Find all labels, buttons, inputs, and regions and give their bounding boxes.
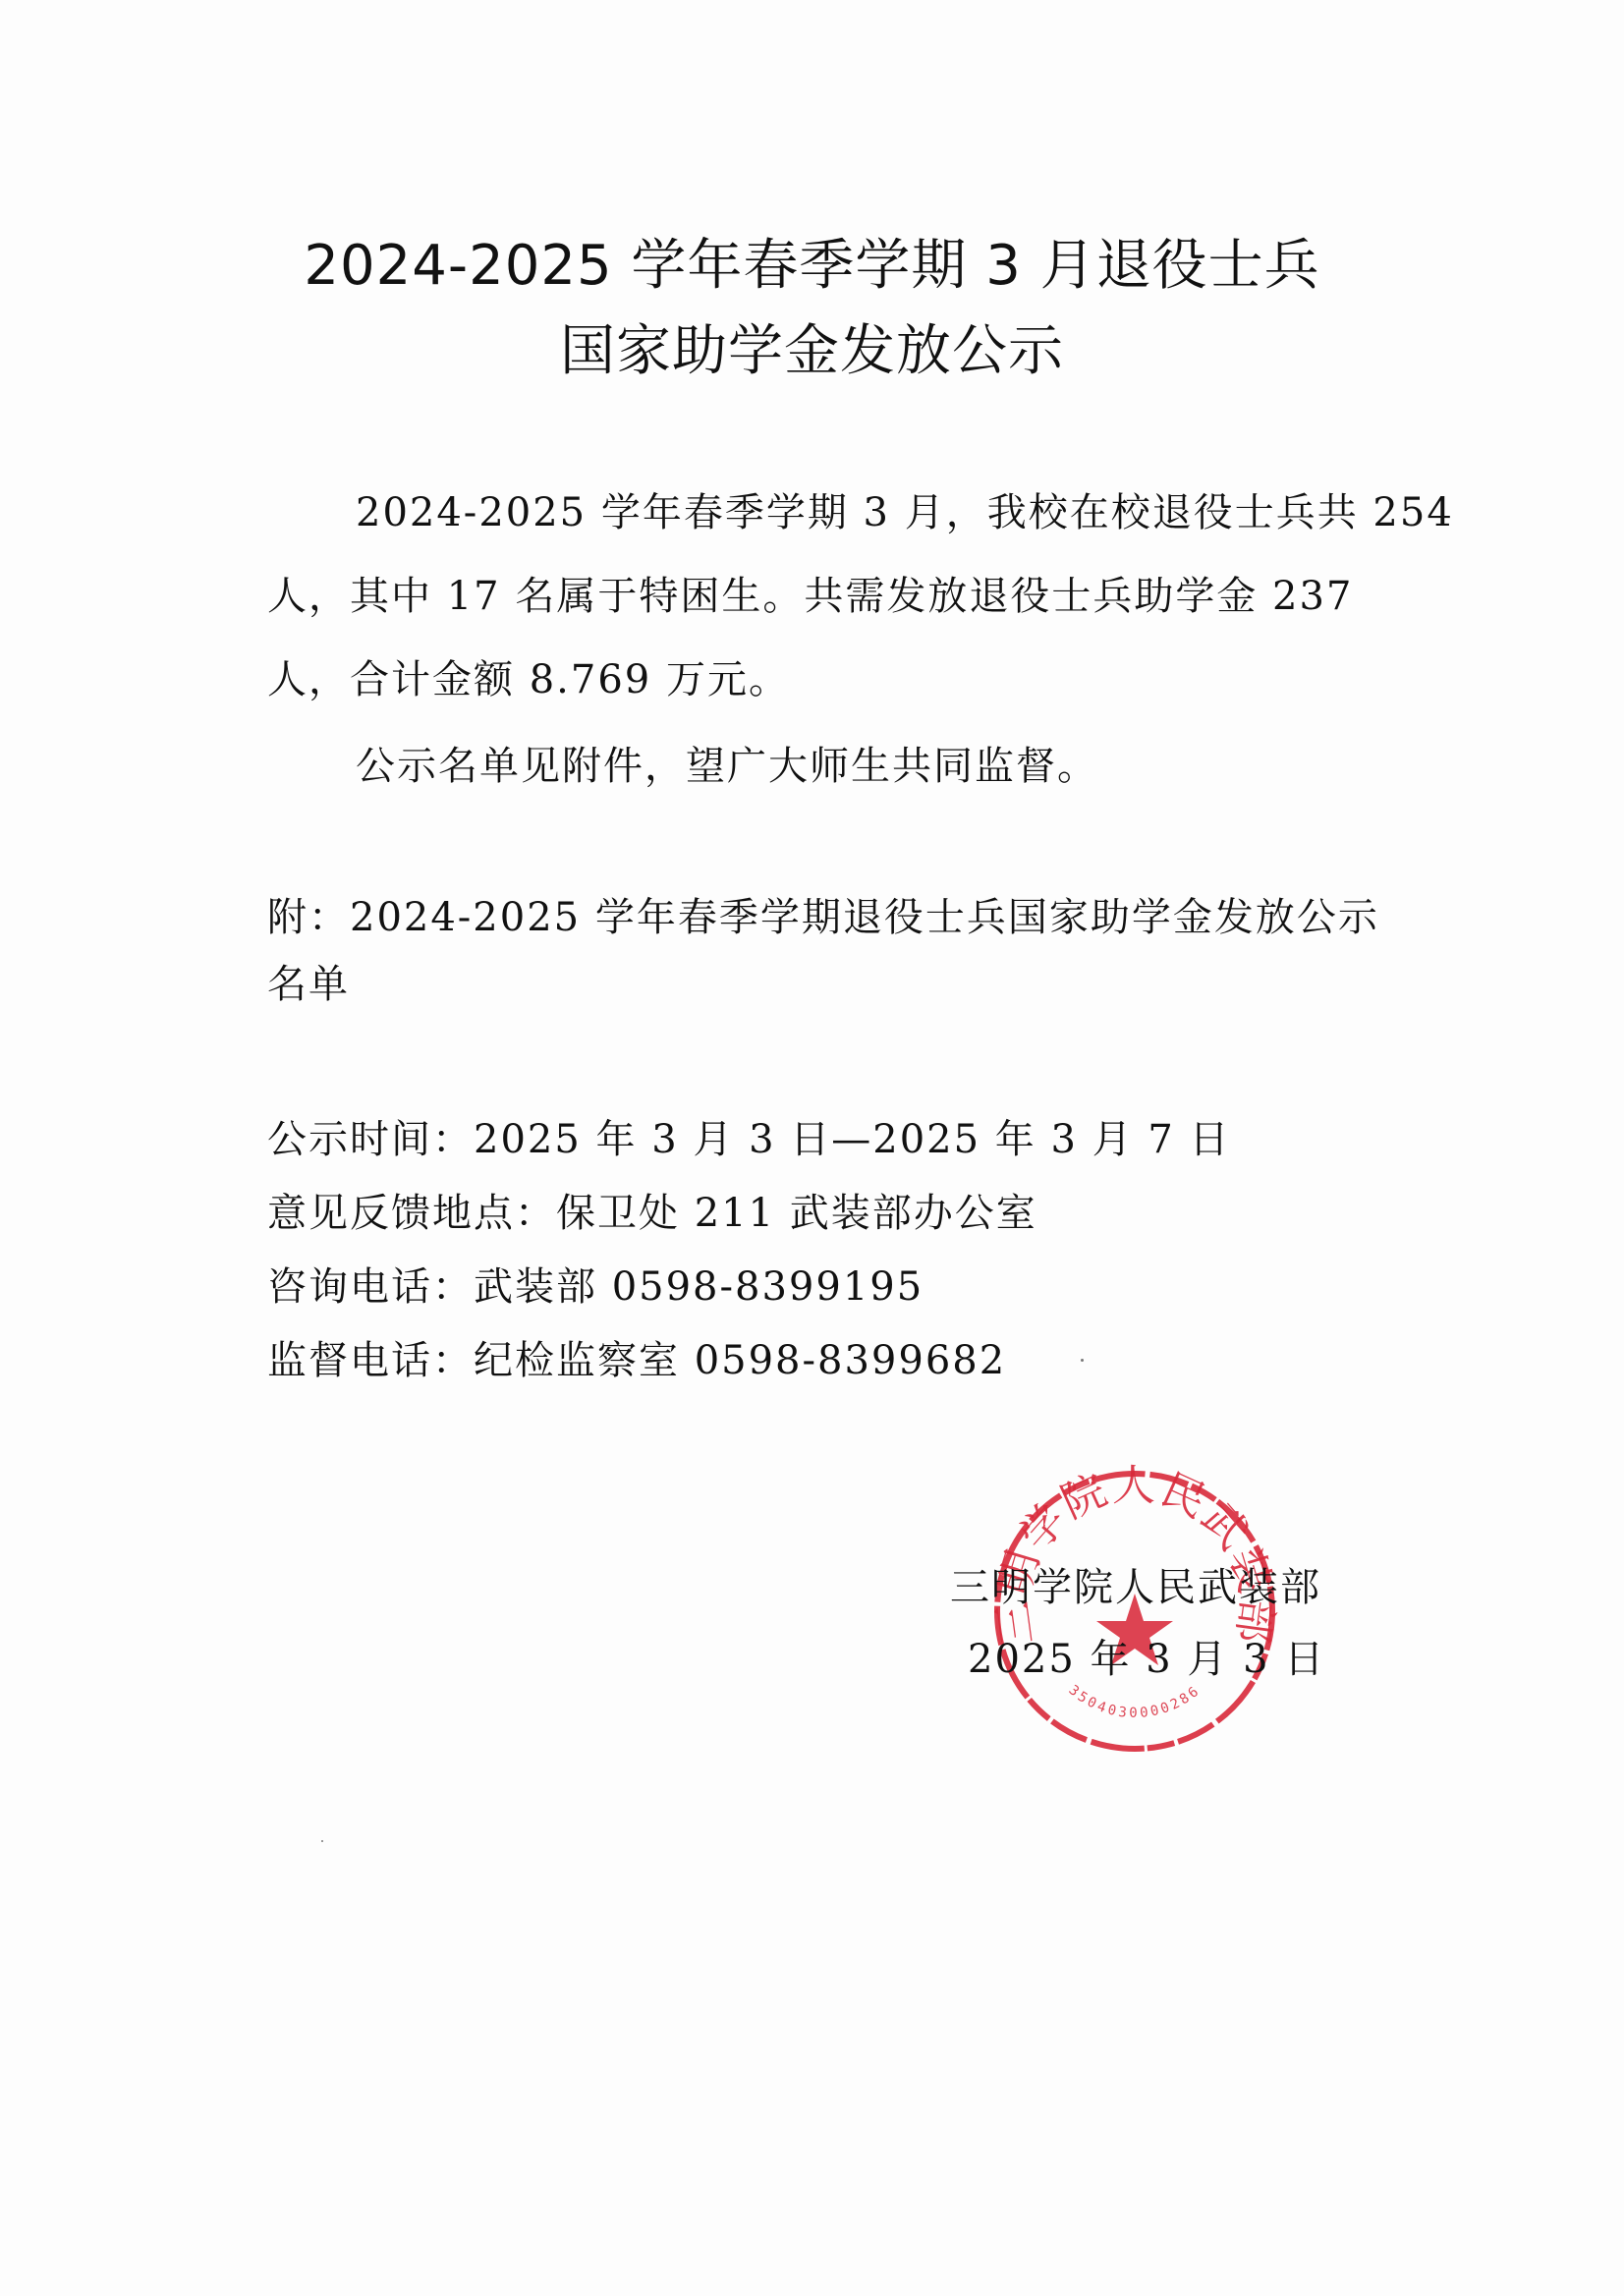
document-page: 2024-2025 学年春季学期 3 月退役士兵 国家助学金发放公示 2024-… bbox=[0, 0, 1624, 2296]
paragraph-1-line-2: 人，其中 17 名属于特困生。共需发放退役士兵助学金 237 bbox=[267, 565, 1353, 621]
scan-speck bbox=[1081, 1359, 1084, 1362]
signature-organization: 三明学院人民武装部 bbox=[950, 1556, 1321, 1612]
scan-speck bbox=[321, 1840, 323, 1842]
supervision-phone: 监督电话：纪检监察室 0598-8399682 bbox=[267, 1329, 1006, 1385]
attachment-line-2: 名单 bbox=[267, 953, 350, 1009]
document-title-line-1: 2024-2025 学年春季学期 3 月退役士兵 bbox=[0, 222, 1624, 301]
svg-text:3504030000286: 3504030000286 bbox=[1066, 1682, 1204, 1721]
paragraph-2: 公示名单见附件，望广大师生共同监督。 bbox=[356, 735, 1098, 791]
paragraph-1-line-1: 2024-2025 学年春季学期 3 月，我校在校退役士兵共 254 bbox=[356, 481, 1454, 537]
publicity-period: 公示时间：2025 年 3 月 3 日—2025 年 3 月 7 日 bbox=[267, 1108, 1231, 1164]
document-title-line-2: 国家助学金发放公示 bbox=[0, 308, 1624, 386]
signature-date: 2025 年 3 月 3 日 bbox=[968, 1628, 1325, 1684]
paragraph-1-line-3: 人，合计金额 8.769 万元。 bbox=[267, 648, 790, 704]
feedback-location: 意见反馈地点：保卫处 211 武装部办公室 bbox=[267, 1182, 1037, 1238]
attachment-line-1: 附：2024-2025 学年春季学期退役士兵国家助学金发放公示 bbox=[267, 886, 1379, 942]
inquiry-phone: 咨询电话：武装部 0598-8399195 bbox=[267, 1256, 924, 1312]
